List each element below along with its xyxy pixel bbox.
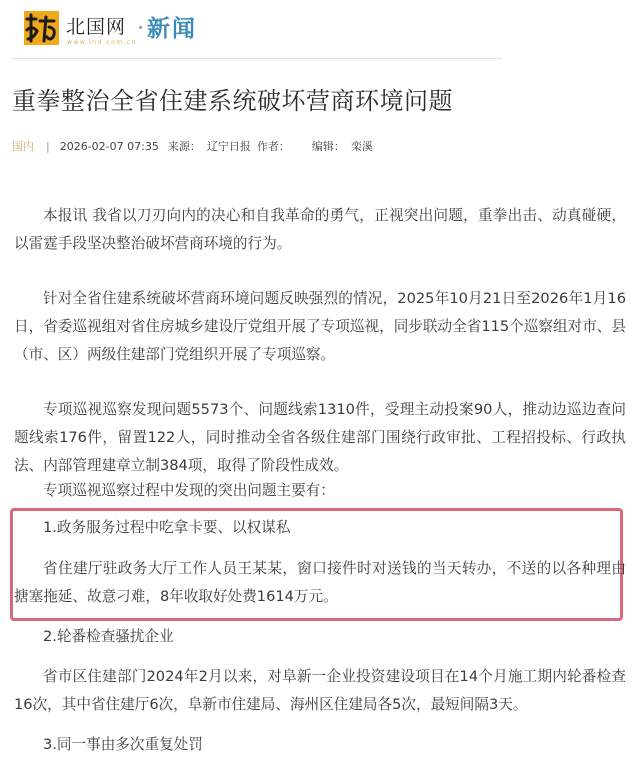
article-paragraph: 针对全省住建系统破坏营商环境问题反映强烈的情况，2025年10月21日至2026…	[14, 285, 626, 369]
issue-heading: 1.政务服务过程中吃拿卡要、以权谋私	[14, 514, 626, 542]
meta-divider: |	[46, 140, 50, 153]
logo-separator-dot	[139, 26, 142, 29]
logo-url: www.lnd.com.cn	[67, 39, 137, 46]
issue-heading: 3.同一事由多次重复处罚	[14, 731, 626, 759]
article-paragraph: 本报讯 我省以刀刃向内的决心和自我革命的勇气，正视突出问题，重拳出击、动真碰硬，…	[14, 202, 626, 258]
author-label: 作者：	[257, 138, 290, 154]
section-title[interactable]: 新闻	[147, 15, 197, 43]
publish-datetime: 2026-02-07 07:35	[60, 140, 159, 153]
article-page: 北国网 www.lnd.com.cn 新闻 重拳整治全省住建系统破坏营商环境问题…	[0, 0, 640, 771]
article-paragraph: 专项巡视巡察发现问题5573个、问题线索1310件，受理主动投案90人，推动边巡…	[14, 396, 626, 480]
article-paragraph: 专项巡视巡察过程中发现的突出问题主要有：	[14, 477, 626, 505]
bfw-logo-icon[interactable]	[24, 11, 59, 45]
issue-heading: 2.轮番检查骚扰企业	[14, 623, 626, 651]
logo-wordmark[interactable]: 北国网	[66, 16, 126, 38]
site-header: 北国网 www.lnd.com.cn 新闻	[0, 0, 640, 60]
source-label: 来源：	[168, 138, 201, 154]
issue-body: 省住建厅驻政务大厅工作人员王某某，窗口接件时对送钱的当天转办，不送的以各种理由搪…	[14, 555, 626, 611]
article-meta: 国内 | 2026-02-07 07:35 来源： 辽宁日报 作者： 编辑： 栾…	[12, 138, 379, 154]
source-value: 辽宁日报	[207, 138, 251, 154]
article-title: 重拳整治全省住建系统破坏营商环境问题	[12, 86, 453, 116]
issue-body: 省市区住建部门2024年2月以来，对阜新一企业投资建设项目在14个月施工期内轮番…	[14, 663, 626, 719]
category-link[interactable]: 国内	[12, 138, 34, 154]
header-divider	[12, 58, 502, 59]
editor-label: 编辑：	[312, 138, 345, 154]
editor-value: 栾溪	[351, 138, 373, 154]
